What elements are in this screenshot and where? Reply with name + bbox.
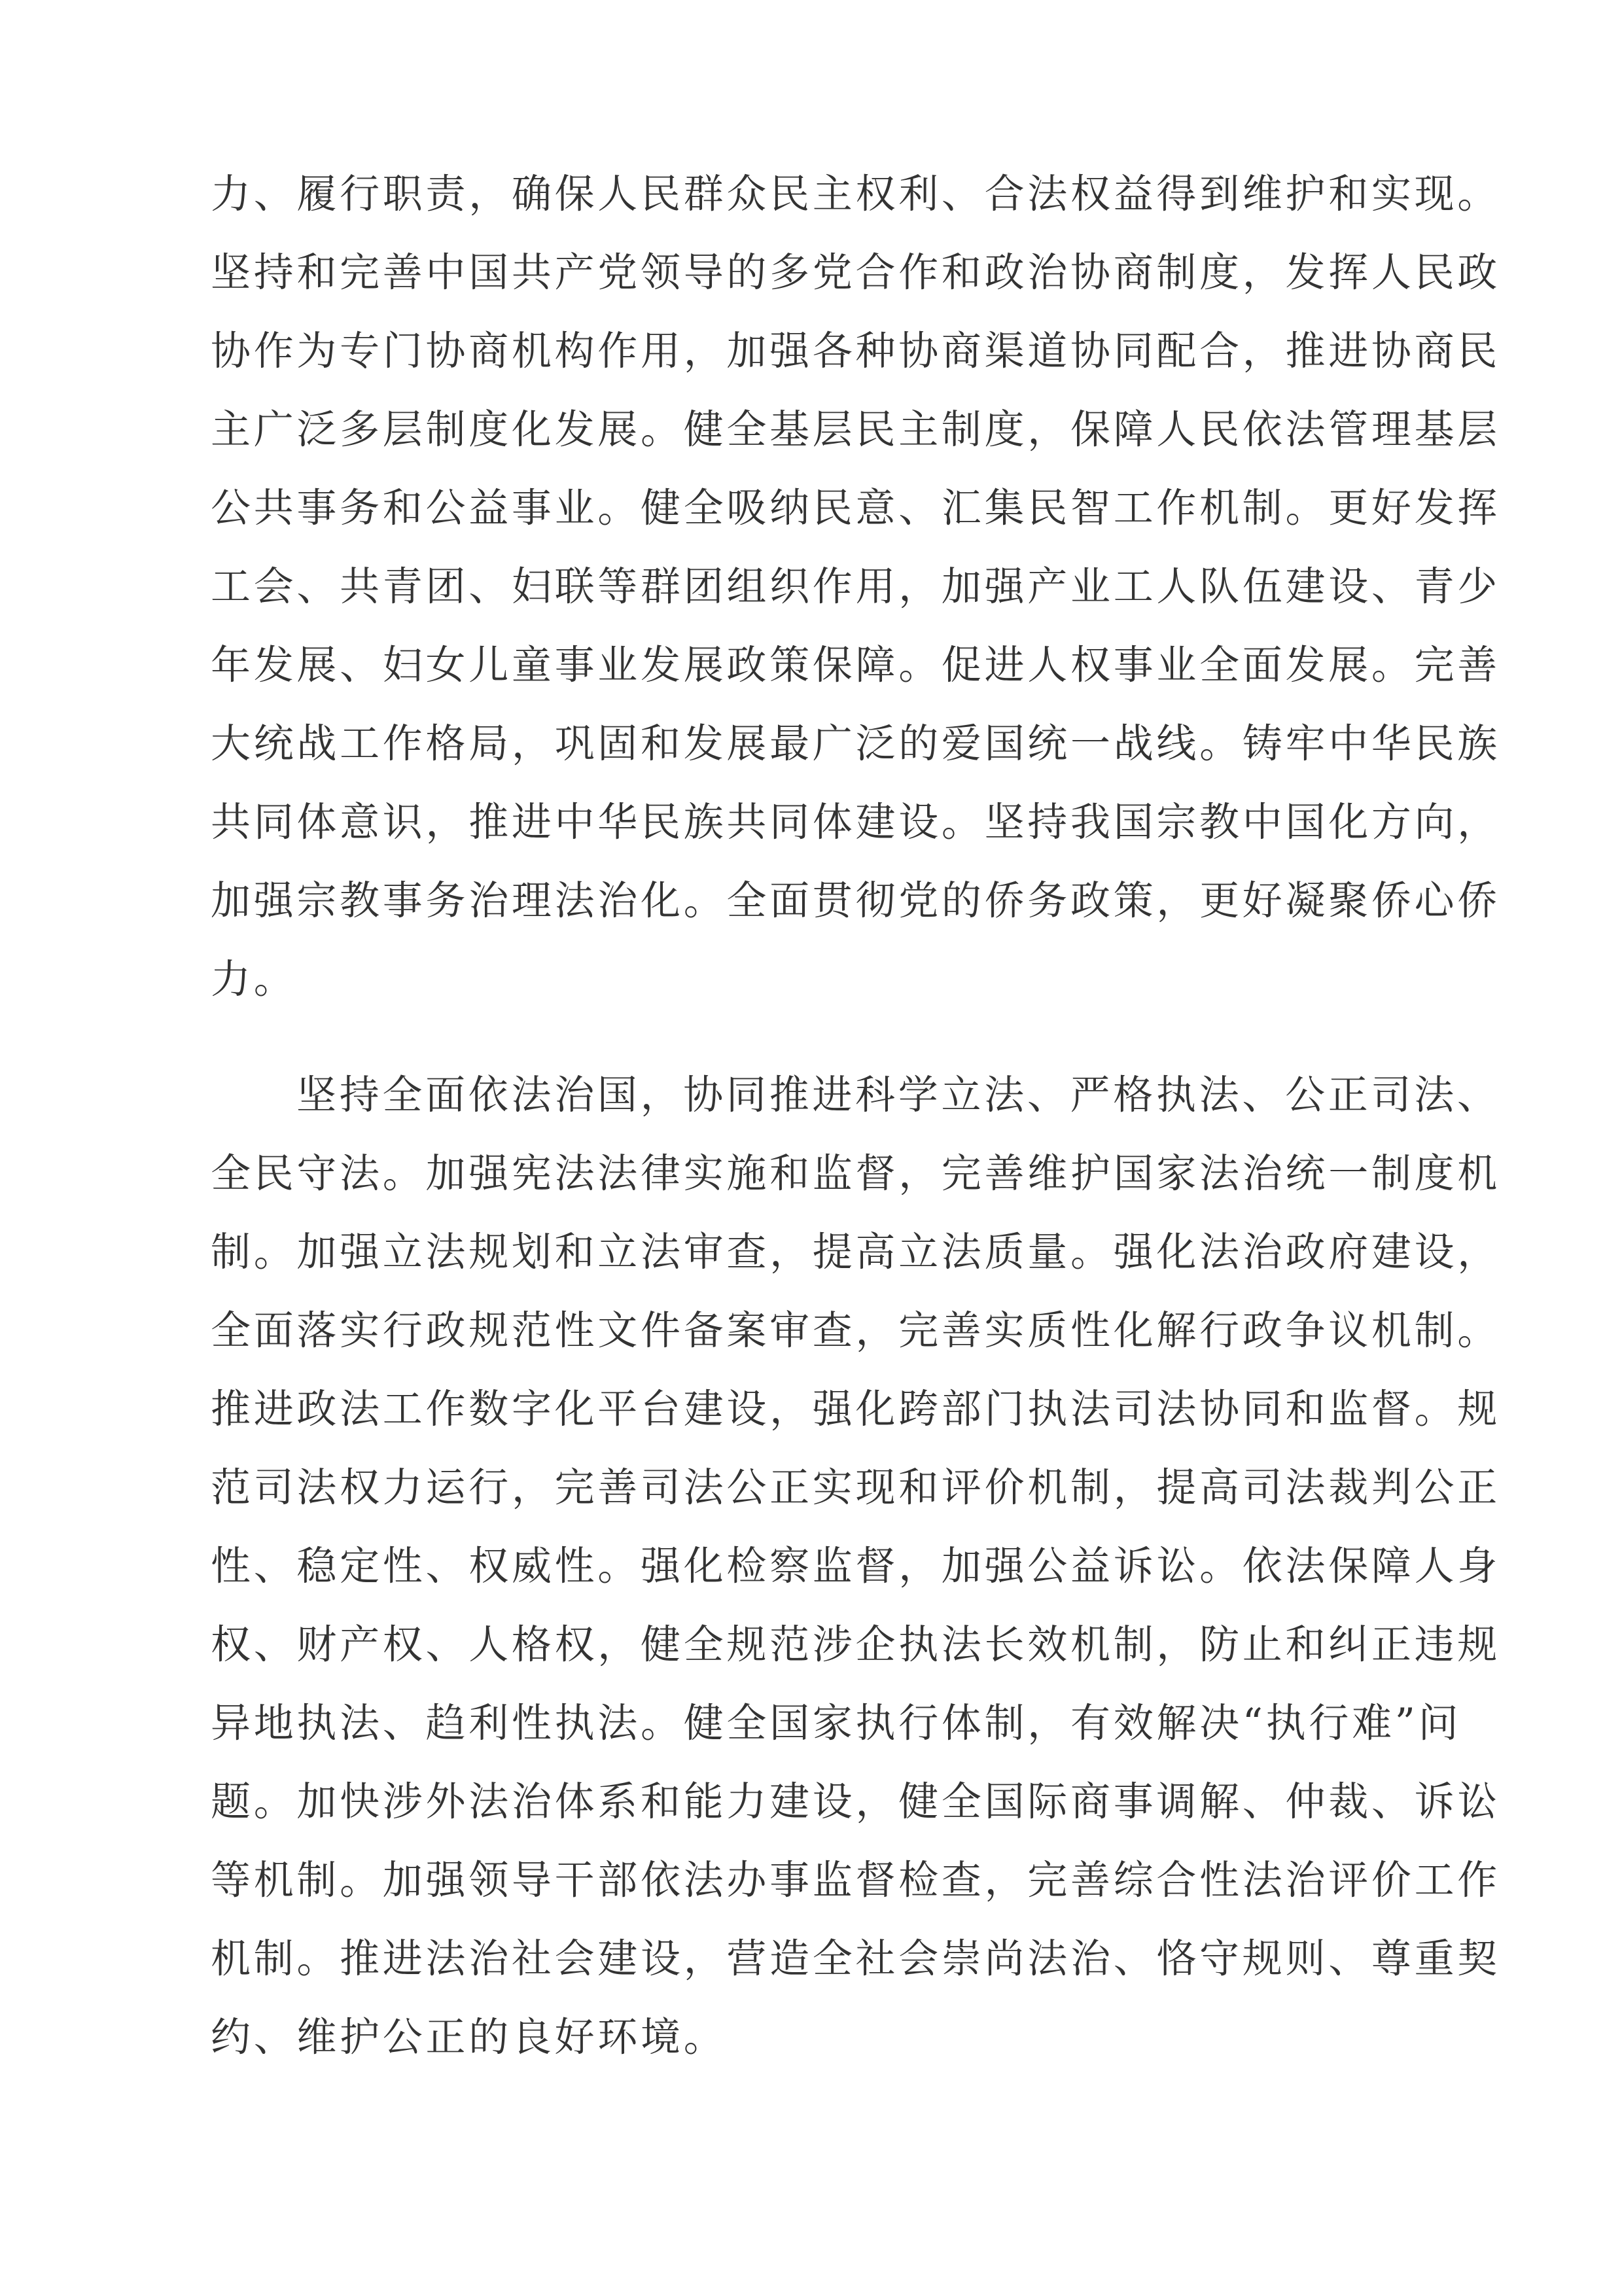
paragraph-line: 加强宗教事务治理法治化。全面贯彻党的侨务政策，更好凝聚侨心侨 <box>211 878 1500 924</box>
paragraph-line: 共同体意识，推进中华民族共同体建设。坚持我国宗教中国化方向， <box>211 800 1500 845</box>
paragraph-line: 约、维护公正的良好环境。 <box>211 2015 726 2060</box>
paragraph-line: 性、稳定性、权威性。强化检察监督，加强公益诉讼。依法保障人身 <box>211 1544 1500 1589</box>
paragraph-line: 大统战工作格局，巩固和发展最广泛的爱国统一战线。铸牢中华民族 <box>211 721 1500 767</box>
paragraph-line: 协作为专门协商机构作用，加强各种协商渠道协同配合，推进协商民 <box>211 328 1500 374</box>
paragraph-line: 等机制。加强领导干部依法办事监督检查，完善综合性法治评价工作 <box>211 1858 1500 1903</box>
paragraph-line: 工会、共青团、妇联等群团组织作用，加强产业工人队伍建设、青少 <box>211 564 1500 610</box>
paragraph-line: 范司法权力运行，完善司法公正实现和评价机制，提高司法裁判公正 <box>211 1465 1500 1511</box>
paragraph-line: 权、财产权、人格权，健全规范涉企执法长效机制，防止和纠正违规 <box>211 1622 1500 1668</box>
paragraph-line: 异地执法、趋利性执法。健全国家执行体制，有效解决“执行难”问 <box>211 1701 1461 1746</box>
paragraph-line: 全面落实行政规范性文件备案审查，完善实质性化解行政争议机制。 <box>211 1308 1500 1354</box>
paragraph-line: 全民守法。加强宪法法律实施和监督，完善维护国家法治统一制度机 <box>211 1151 1500 1197</box>
paragraph-line: 主广泛多层制度化发展。健全基层民主制度，保障人民依法管理基层 <box>211 407 1500 453</box>
paragraph-line: 力。 <box>211 957 296 1002</box>
paragraph-line: 题。加快涉外法治体系和能力建设，健全国际商事调解、仲裁、诉讼 <box>211 1779 1500 1825</box>
document-page: 力、履行职责，确保人民群众民主权利、合法权益得到维护和实现。 坚持和完善中国共产… <box>0 0 1622 2296</box>
paragraph-line: 年发展、妇女儿童事业发展政策保障。促进人权事业全面发展。完善 <box>211 643 1500 688</box>
paragraph-line: 公共事务和公益事业。健全吸纳民意、汇集民智工作机制。更好发挥 <box>211 486 1500 531</box>
paragraph-line: 制。加强立法规划和立法审查，提高立法质量。强化法治政府建设， <box>211 1229 1500 1275</box>
paragraph-line: 坚持全面依法治国，协同推进科学立法、严格执法、公正司法、 <box>296 1072 1500 1118</box>
paragraph-line: 坚持和完善中国共产党领导的多党合作和政治协商制度，发挥人民政 <box>211 250 1500 296</box>
paragraph-line: 机制。推进法治社会建设，营造全社会崇尚法治、恪守规则、尊重契 <box>211 1936 1500 1982</box>
paragraph-line: 推进政法工作数字化平台建设，强化跨部门执法司法协同和监督。规 <box>211 1386 1500 1432</box>
paragraph-line: 力、履行职责，确保人民群众民主权利、合法权益得到维护和实现。 <box>211 171 1500 217</box>
